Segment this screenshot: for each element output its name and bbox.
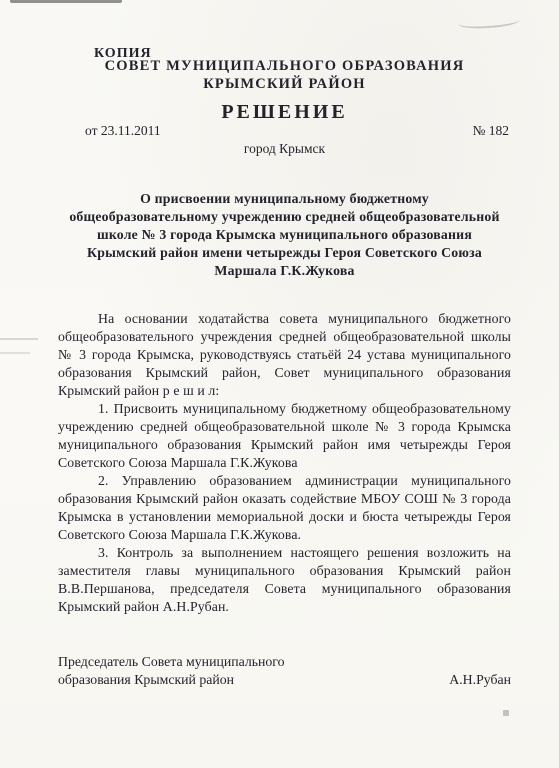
document-body: На основании ходатайства совета муниципа… bbox=[58, 310, 511, 616]
document-title: О присвоении муниципальному бюджетному о… bbox=[67, 190, 502, 280]
scan-dot-artifact bbox=[503, 710, 509, 716]
document-city: город Крымск bbox=[58, 141, 511, 157]
signatory-position: Председатель Совета муниципального образ… bbox=[58, 653, 285, 689]
scanned-document-page: КОПИЯ СОВЕТ МУНИЦИПАЛЬНОГО ОБРАЗОВАНИЯ К… bbox=[0, 0, 559, 768]
resolution-item-2: 2. Управлению образованием администрации… bbox=[58, 472, 511, 544]
signature-block: Председатель Совета муниципального образ… bbox=[58, 653, 511, 689]
signatory-position-line2: образования Крымский район bbox=[58, 671, 285, 689]
organization-name-line2: КРЫМСКИЙ РАЙОН bbox=[58, 75, 511, 93]
organization-header: СОВЕТ МУНИЦИПАЛЬНОГО ОБРАЗОВАНИЯ КРЫМСКИ… bbox=[58, 57, 511, 93]
document-number: № 182 bbox=[472, 123, 509, 139]
signatory-name: А.Н.Рубан bbox=[449, 671, 511, 689]
date-number-row: от 23.11.2011 № 182 bbox=[58, 123, 511, 139]
organization-name-line1: СОВЕТ МУНИЦИПАЛЬНОГО ОБРАЗОВАНИЯ bbox=[58, 57, 511, 75]
preamble-paragraph: На основании ходатайства совета муниципа… bbox=[58, 310, 511, 400]
document-content: КОПИЯ СОВЕТ МУНИЦИПАЛЬНОГО ОБРАЗОВАНИЯ К… bbox=[0, 0, 559, 689]
resolution-item-3: 3. Контроль за выполнением настоящего ре… bbox=[58, 544, 511, 616]
document-type-heading: РЕШЕНИЕ bbox=[58, 101, 511, 123]
signatory-position-line1: Председатель Совета муниципального bbox=[58, 653, 285, 671]
resolution-item-1: 1. Присвоить муниципальному бюджетному о… bbox=[58, 400, 511, 472]
document-date: от 23.11.2011 bbox=[85, 123, 161, 139]
